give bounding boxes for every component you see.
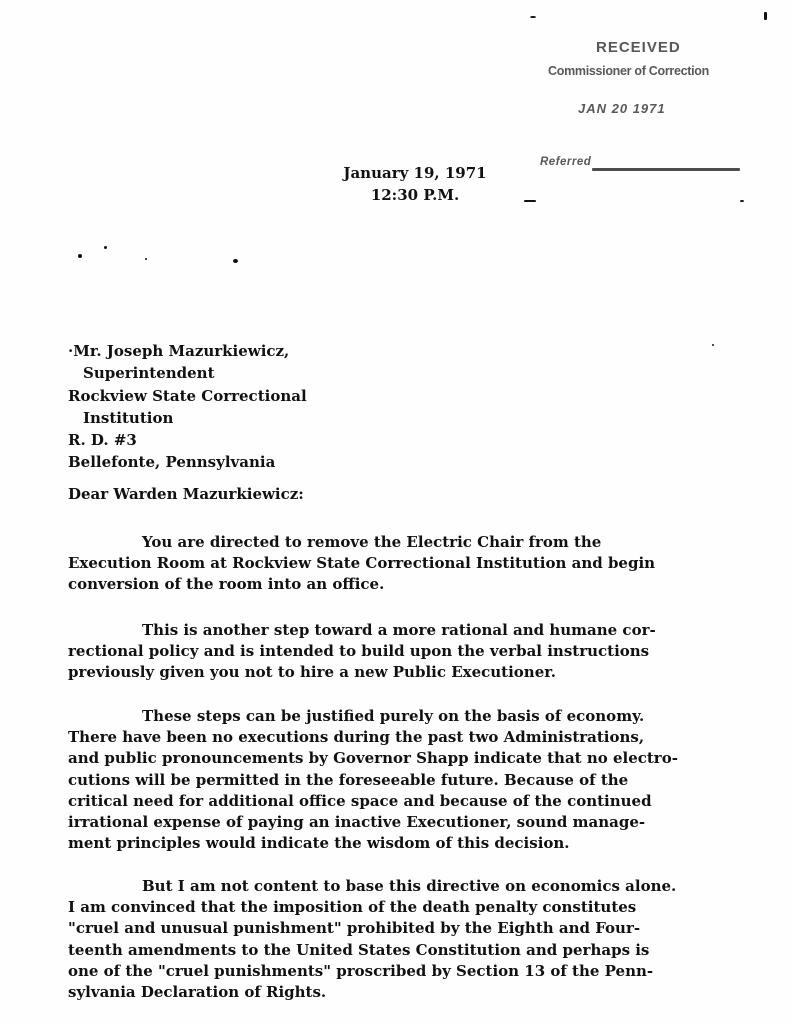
scan-speck (524, 200, 536, 202)
body-paragraph: But I am not content to base this direct… (68, 876, 676, 1003)
scan-speck (104, 246, 107, 249)
stamp-agency-text: Commissioner of Correction (548, 64, 709, 78)
body-paragraph: This is another step toward a more ratio… (68, 620, 656, 684)
scan-speck (712, 344, 714, 346)
stamp-date-text: JAN 20 1971 (578, 101, 666, 116)
paragraph-line: teenth amendments to the United States C… (68, 940, 676, 961)
paragraph-line: conversion of the room into an office. (68, 574, 655, 595)
paragraph-line: irrational expense of paying an inactive… (68, 812, 678, 833)
address-line: Bellefonte, Pennsylvania (68, 451, 307, 473)
body-paragraph: You are directed to remove the Electric … (68, 532, 655, 596)
scan-speck (233, 259, 238, 263)
body-paragraph: These steps can be justified purely on t… (68, 706, 678, 854)
paragraph-line: You are directed to remove the Electric … (68, 532, 655, 553)
paragraph-line: But I am not content to base this direct… (68, 876, 676, 897)
scan-speck (78, 254, 82, 258)
paragraph-line: critical need for additional office spac… (68, 791, 678, 812)
address-line: Institution (68, 407, 307, 429)
scan-speck (764, 12, 767, 20)
dateline: January 19, 1971 12:30 P.M. (330, 162, 500, 206)
recipient-address: ·Mr. Joseph Mazurkiewicz, Superintendent… (68, 340, 307, 474)
paragraph-line: sylvania Declaration of Rights. (68, 982, 676, 1003)
paragraph-line: Execution Room at Rockview State Correct… (68, 553, 655, 574)
address-line: Rockview State Correctional (68, 385, 307, 407)
stamp-referred-rule (592, 168, 740, 171)
paragraph-line: and public pronouncements by Governor Sh… (68, 748, 678, 769)
address-line: R. D. #3 (68, 429, 307, 451)
letter-time: 12:30 P.M. (330, 184, 500, 206)
paragraph-line: rectional policy and is intended to buil… (68, 641, 656, 662)
paragraph-line: ment principles would indicate the wisdo… (68, 833, 678, 854)
paragraph-line: These steps can be justified purely on t… (68, 706, 678, 727)
letter-date: January 19, 1971 (330, 162, 500, 184)
paragraph-line: cutions will be permitted in the foresee… (68, 770, 678, 791)
paragraph-line: This is another step toward a more ratio… (68, 620, 656, 641)
paragraph-line: I am convinced that the imposition of th… (68, 897, 676, 918)
scan-speck (530, 16, 536, 18)
letter-page: RECEIVED Commissioner of Correction JAN … (0, 0, 792, 1024)
salutation: Dear Warden Mazurkiewicz: (68, 485, 304, 503)
paragraph-line: "cruel and unusual punishment" prohibite… (68, 918, 676, 939)
paragraph-line: one of the "cruel punishments" proscribe… (68, 961, 676, 982)
stamp-received-text: RECEIVED (596, 39, 681, 56)
address-line: Superintendent (68, 362, 307, 384)
scan-speck (145, 258, 147, 260)
address-line: ·Mr. Joseph Mazurkiewicz, (68, 340, 307, 362)
scan-speck (740, 200, 744, 202)
stamp-referred-label: Referred (540, 156, 591, 168)
paragraph-line: There have been no executions during the… (68, 727, 678, 748)
paragraph-line: previously given you not to hire a new P… (68, 662, 656, 683)
